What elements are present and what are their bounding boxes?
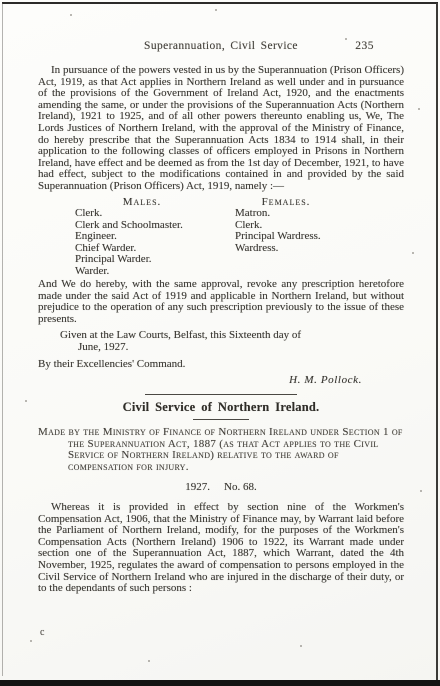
officer-class-lists: Males. Clerk.Clerk and Schoolmaster.Engi… — [38, 196, 404, 278]
scan-edge-top — [2, 2, 438, 4]
scan-speck — [420, 490, 422, 492]
printers-signature-mark: c — [40, 627, 44, 638]
list-item: Engineer. — [75, 231, 235, 243]
list-item: Warder. — [75, 266, 235, 278]
instrument-number: No. 68. — [224, 481, 257, 493]
scan-edge-left — [2, 3, 3, 676]
scan-speck — [70, 14, 72, 16]
scan-speck — [148, 660, 150, 662]
section-divider-rule — [145, 394, 297, 395]
males-list: Clerk.Clerk and Schoolmaster.Engineer.Ch… — [75, 208, 235, 277]
instrument-year: 1927. — [185, 481, 210, 493]
warrant-preamble: Made by the Ministry of Finance of North… — [38, 427, 404, 474]
page-number: 235 — [355, 40, 374, 52]
list-item: Matron. — [235, 208, 395, 220]
scan-speck — [300, 645, 302, 647]
list-item: Clerk. — [75, 208, 235, 220]
scan-speck — [412, 252, 414, 254]
signature: H. M. Pollock. — [38, 374, 404, 386]
attestation-block: Given at the Law Courts, Belfast, this S… — [38, 330, 404, 354]
scan-speck — [418, 108, 420, 110]
order-revocation-paragraph: And We do hereby, with the same approval… — [38, 279, 404, 325]
section-title: Civil Service of Northern Ireland. — [38, 400, 404, 415]
females-column: Females. Matron.Clerk.Principal Wardress… — [235, 196, 395, 278]
scan-speck — [215, 9, 217, 11]
instrument-number-line: 1927.No. 68. — [38, 481, 404, 493]
order-pursuance-paragraph: In pursuance of the powers vested in us … — [38, 65, 404, 193]
title-underline-rule — [193, 419, 249, 420]
running-header-title: Superannuation, Civil Service — [144, 40, 298, 52]
scan-edge-bottom — [0, 680, 440, 686]
running-header: Superannuation, Civil Service 235 — [38, 40, 404, 52]
scan-speck — [30, 640, 32, 642]
whereas-paragraph: Whereas it is provided in effect by sect… — [38, 502, 404, 595]
scan-edge-right — [436, 3, 438, 680]
page-content: Superannuation, Civil Service 235 In pur… — [38, 40, 404, 595]
list-item: Wardress. — [235, 243, 395, 255]
list-item: Principal Wardress. — [235, 231, 395, 243]
males-column: Males. Clerk.Clerk and Schoolmaster.Engi… — [75, 196, 235, 278]
scanned-document-page: Superannuation, Civil Service 235 In pur… — [0, 0, 440, 686]
scan-speck — [25, 400, 27, 402]
attestation-line-2: June, 1927. — [38, 342, 404, 354]
females-list: Matron.Clerk.Principal Wardress.Wardress… — [235, 208, 395, 254]
list-item: Principal Warder. — [75, 254, 235, 266]
command-line: By their Excellencies' Command. — [38, 359, 404, 371]
